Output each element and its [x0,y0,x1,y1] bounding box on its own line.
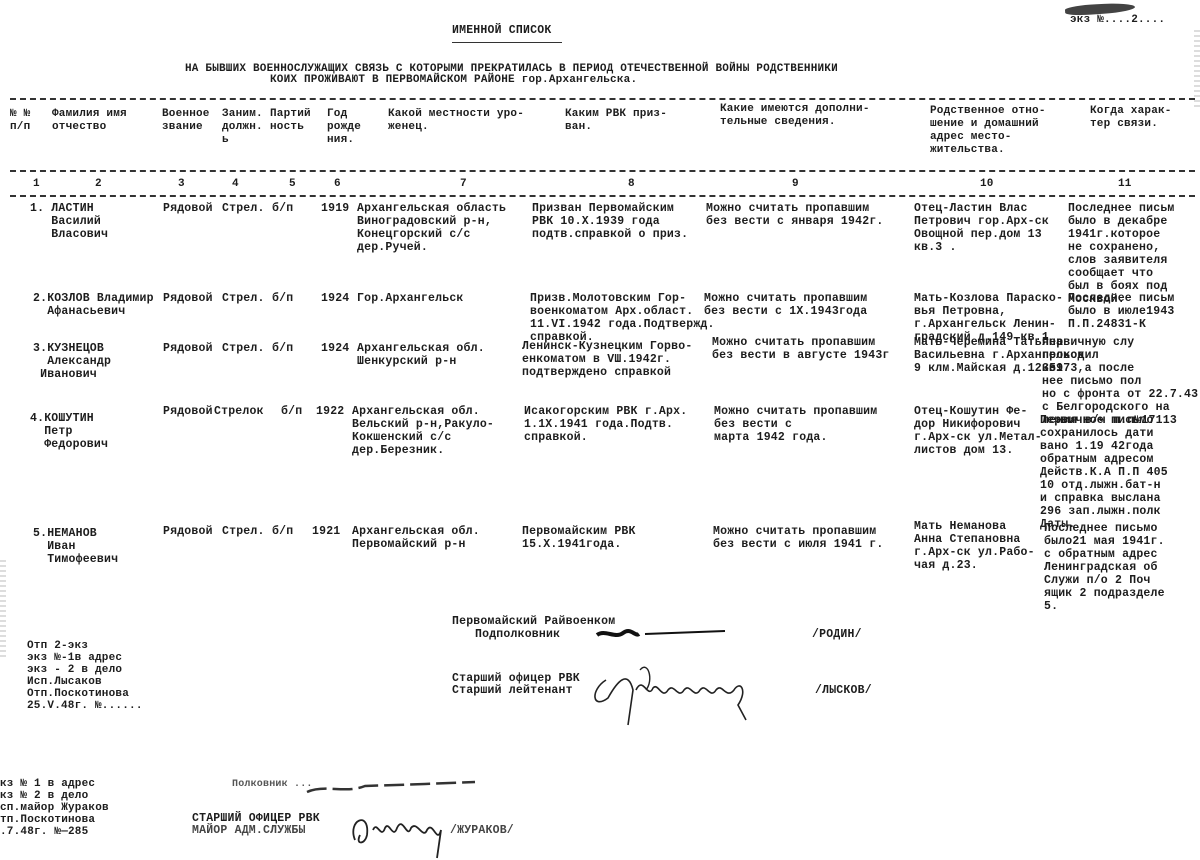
cell-party: б/п [281,405,302,418]
cell-relative: Отец-Ластин Влас Петрович гор.Арх-ск Ово… [914,202,1049,254]
cell-contact: Последнее письм было в июле1943 П.П.2483… [1068,292,1175,331]
cell-rvk: Первомайским РВК 15.Х.1941года. [522,525,636,551]
commissar-rank: Подполковник [475,628,560,641]
cell-party: б/п [272,292,293,305]
cell-name: 3.КУЗНЕЦОВ Александр Иванович [33,342,111,381]
col-num: 4 [232,178,239,191]
cell-name: 5.НЕМАНОВ Иван Тимофеевич [33,527,118,566]
cell-year: 1924 [321,292,349,305]
cell-extra: Можно считать пропавшим без вести с 1Х.1… [704,292,867,318]
signature-rodin [595,625,735,645]
col-header-rank: Военное звание [162,108,210,134]
col-header-contact: Когда харак- тер связи. [1090,105,1172,131]
col-header-birth-year: Год рожде ния. [327,108,361,147]
cell-rank: Рядовой [163,405,213,418]
scan-edge-left [0,560,6,660]
col-num: 11 [1118,178,1132,191]
col-num: 5 [289,178,296,191]
cell-extra: Можно считать пропавшим без вести с март… [714,405,877,444]
cell-year: 1921 [312,525,340,538]
cell-rank: Рядовой [163,525,213,538]
bottom-officer-name: /ЖУРАКОВ/ [450,824,514,837]
cell-party: б/п [272,342,293,355]
cell-party: б/п [272,525,293,538]
officer-rank: Старший лейтенант [452,684,573,697]
bottom-top-line: Полковник ... [232,778,313,791]
cell-extra: Можно считать пропавшим без вести с янва… [706,202,884,228]
title-underline [452,42,562,43]
col-num: 7 [460,178,467,191]
table-numbering-rule [10,195,1195,197]
col-num: 10 [980,178,994,191]
col-header-index: № № п/п [10,108,30,134]
col-header-extra-info: Какие имеются дополни- тельные сведения. [720,103,870,129]
document-title: ИМЕННОЙ СПИСОК [452,24,551,37]
cell-origin: Архангельская обл. Шенкурский р-н [357,342,485,368]
cell-rvk: Призв.Молотовским Гор- военкоматом Арх.о… [530,292,715,344]
col-header-rvk: Каким РВК приз- ван. [565,108,667,134]
col-num: 6 [334,178,341,191]
cell-party: б/п [272,202,293,215]
signature-zhurakov [345,800,455,860]
cell-contact: Последнее письм было в декабре 1941г.кот… [1068,202,1175,306]
cell-rvk: Исакогорским РВК г.Арх. 1.1Х.1941 года.П… [524,405,687,444]
cell-origin: Архангельская область Виноградовский р-н… [357,202,506,254]
cell-origin: Архангельская обл. Первомайский р-н [352,525,480,551]
col-num: 9 [792,178,799,191]
cell-extra: Можно считать пропавшим без вести с июля… [713,525,883,551]
cell-year: 1919 [321,202,349,215]
col-header-name: Фамилия имя отчество [52,108,127,134]
signature-lyskov [588,660,788,730]
commissar-name: /РОДИН/ [812,628,862,641]
cell-rvk: Призван Первомайским РВК 10.Х.1939 года … [532,202,688,241]
officer-name: /ЛЫСКОВ/ [815,684,872,697]
copy-number-mark: экз №....2.... [1070,14,1165,26]
commissar-title: Первомайский Райвоенком [452,615,615,628]
cell-year: 1922 [316,405,344,418]
cell-rank: Рядовой [163,342,213,355]
cell-year: 1924 [321,342,349,355]
cell-origin: Архангельская обл. Вельский р-н,Ракуло- … [352,405,494,457]
cell-relative: Мать Неманова Анна Степановна г.Арх-ск у… [914,520,1035,572]
col-num: 3 [178,178,185,191]
cell-origin: Гор.Архангельск [357,292,464,305]
bottom-officer-rank: МАЙОР АДМ.СЛУЖБЫ [192,824,306,837]
cell-position: Стрел. [222,342,265,355]
bottom-distribution-note: кз № 1 в адрес кз № 2 в дело сп.майор Жу… [0,778,109,838]
cell-rvk: Ленинск-Кузнецким Горво- енкоматом в VШ.… [522,340,692,379]
col-header-position: Заним. должн. ь [222,108,263,147]
cell-position: Стрелок [214,405,264,418]
cell-contact: Последнее письмо было21 мая 1941г. с обр… [1044,522,1165,613]
col-header-origin: Какой местности уро- женец. [388,108,524,134]
col-num: 8 [628,178,635,191]
col-header-party: Партий ность [270,108,311,134]
cell-rank: Рядовой [163,202,213,215]
distribution-note: Отп 2-экз экз №-1в адрес экз - 2 в дело … [27,640,143,712]
col-header-relative: Родственное отно- шение и домашний адрес… [930,105,1046,157]
cell-position: Стрел. [222,202,265,215]
document-subtitle-line2: КОИХ ПРОЖИВАЮТ В ПЕРВОМАЙСКОМ РАЙОНЕ гор… [270,74,637,86]
col-num: 1 [33,178,40,191]
cell-position: Стрел. [222,292,265,305]
cell-name: 2.КОЗЛОВ Владимир Афанасьевич [33,292,154,318]
table-header-rule [10,170,1195,172]
table-top-rule [10,98,1195,100]
cell-position: Стрел. [222,525,265,538]
cell-name: 1. ЛАСТИН Василий Власович [30,202,108,241]
cell-relative: Отец-Кошутин Фе- дор Никифорович г.Арх-с… [914,405,1042,457]
cell-rank: Рядовой [163,292,213,305]
cell-extra: Можно считать пропавшим без вести в авгу… [712,336,890,362]
cell-contact: Первичное письмо сохранилось дати вано 1… [1040,414,1168,531]
signature-bottom-top [305,778,485,800]
col-num: 2 [95,178,102,191]
cell-name: 4.КОШУТИН Петр Федорович [30,412,108,451]
